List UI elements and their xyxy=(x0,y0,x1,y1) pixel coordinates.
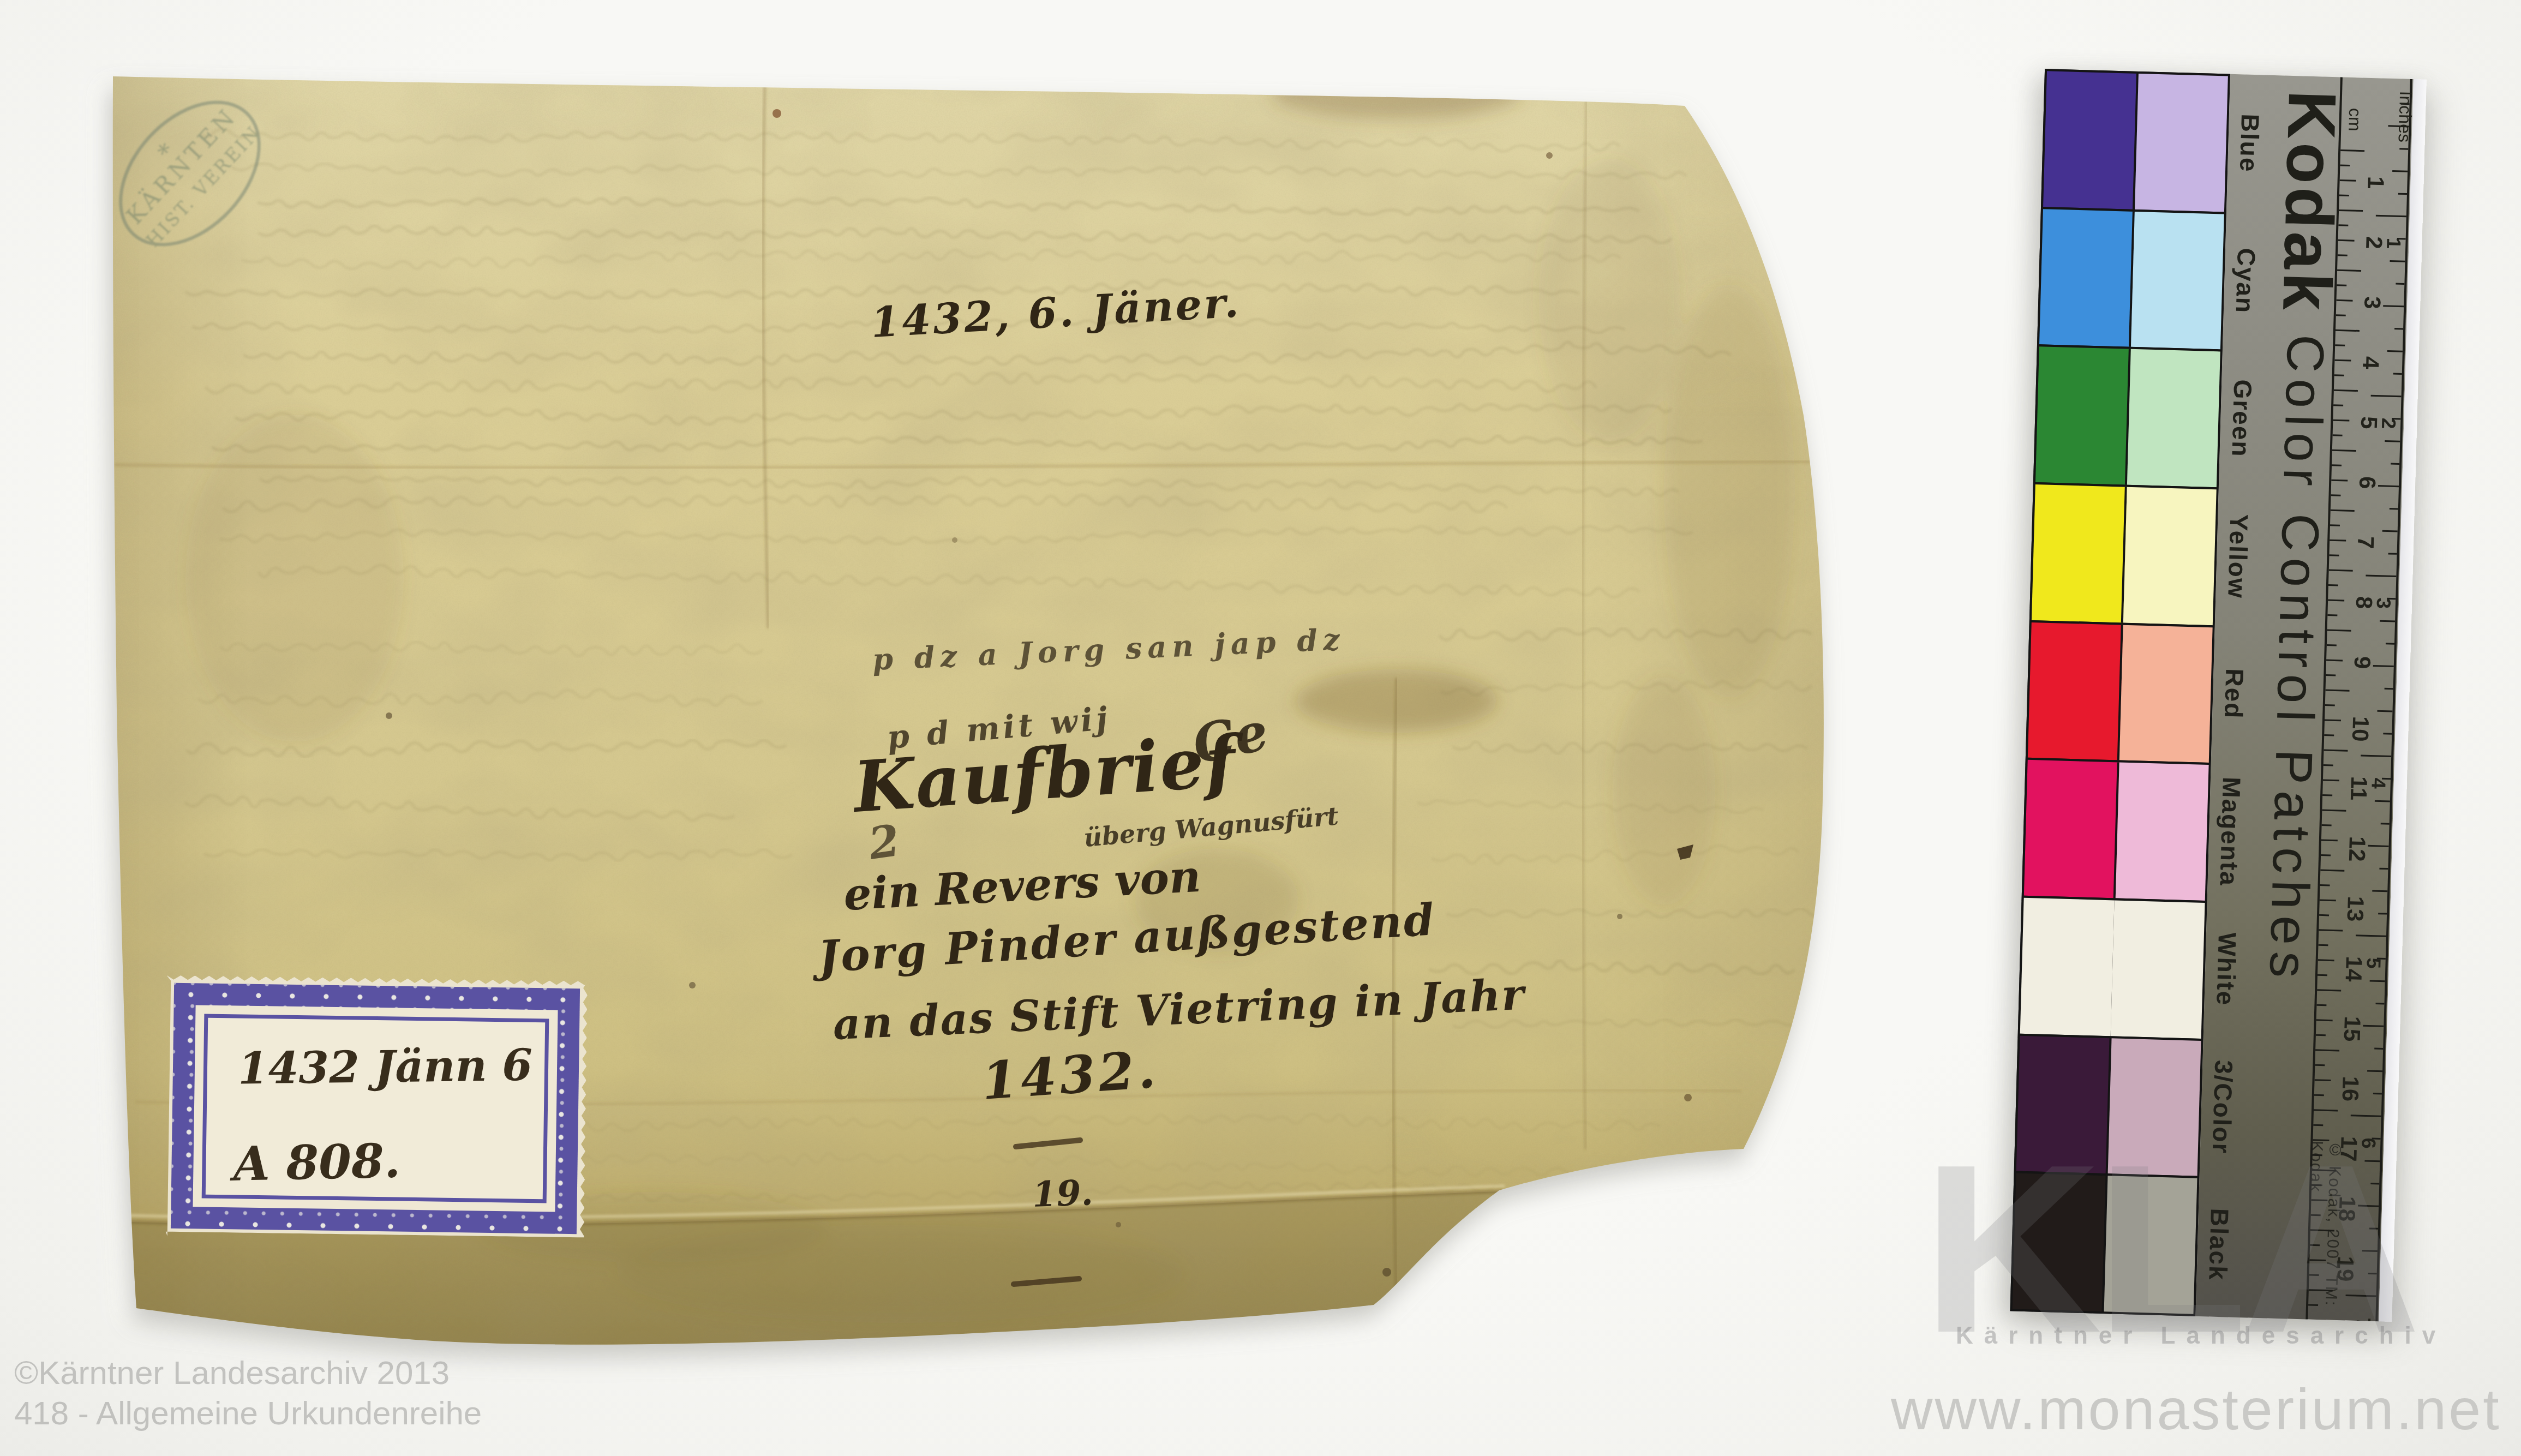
patch-red-dark xyxy=(2028,622,2123,760)
patch-magenta-dark xyxy=(2024,760,2119,898)
patch-blue-dark xyxy=(2043,71,2139,209)
patch-label-cyan: Cyan xyxy=(2226,212,2266,350)
cm-number-4: 4 xyxy=(2358,356,2384,369)
patch-row-magenta xyxy=(2024,758,2209,901)
inch-number-2: 2 xyxy=(2378,418,2400,429)
cm-number-10: 10 xyxy=(2348,716,2374,742)
cm-number-9: 9 xyxy=(2350,656,2376,669)
patch-row-yellow xyxy=(2032,482,2217,625)
patch-magenta-light xyxy=(2116,763,2209,901)
label-date-line: 1432 Jänn 6 xyxy=(238,1039,533,1094)
cm-label: cm xyxy=(2345,108,2365,132)
patch-row-red xyxy=(2028,620,2213,763)
patch-row-blue xyxy=(2043,71,2228,212)
patch-label-red: Red xyxy=(2214,625,2254,763)
patch-row-cyan xyxy=(2039,207,2224,350)
inch-number-5: 5 xyxy=(2362,957,2385,969)
copyright-line: ©Kärntner Landesarchiv 2013 xyxy=(14,1354,450,1392)
label-signature-line: A 808. xyxy=(233,1133,401,1191)
cm-number-13: 13 xyxy=(2343,896,2369,922)
cm-number-16: 16 xyxy=(2338,1076,2364,1102)
cm-number-7: 7 xyxy=(2353,536,2379,549)
patch-row-green xyxy=(2035,344,2220,487)
patch-label-yellow: Yellow xyxy=(2218,487,2258,626)
note-line-4: 1432. xyxy=(980,1040,1160,1112)
patch-cyan-light xyxy=(2131,212,2224,350)
patch-red-light xyxy=(2119,625,2213,763)
patch-green-dark xyxy=(2035,346,2131,484)
patch-green-light xyxy=(2127,349,2220,487)
patch-blue-light xyxy=(2135,74,2228,212)
inch-number-4: 4 xyxy=(2368,777,2391,789)
patch-row-white xyxy=(2020,896,2205,1039)
archive-watermark-text: Kärntner Landesarchiv xyxy=(1956,1322,2446,1350)
cm-number-6: 6 xyxy=(2355,476,2381,489)
monasterium-watermark: www.monasterium.net xyxy=(1891,1377,2501,1443)
patch-cyan-dark xyxy=(2039,209,2135,347)
patch-yellow-dark xyxy=(2032,484,2127,622)
patch-label-magenta: Magenta xyxy=(2211,762,2250,901)
patch-white-dark xyxy=(2020,898,2115,1036)
patch-label-blue: Blue xyxy=(2230,74,2270,213)
inch-number-3: 3 xyxy=(2373,597,2396,609)
series-line: 418 - Allgemeine Urkundenreihe xyxy=(14,1394,482,1432)
inches-label: Inches xyxy=(2395,91,2414,142)
cm-number-1: 1 xyxy=(2363,176,2389,190)
patch-yellow-light xyxy=(2123,487,2217,625)
patch-label-white: White xyxy=(2207,900,2247,1039)
patch-label-green: Green xyxy=(2222,349,2262,488)
scan-photo-stage: ∗ KÄRNTEN HIST. VEREIN 1432, 6. Jäner. p… xyxy=(0,0,2521,1456)
cm-number-12: 12 xyxy=(2344,836,2370,862)
cm-number-15: 15 xyxy=(2339,1016,2366,1042)
label-inner-frame: 1432 Jänn 6 A 808. xyxy=(202,1014,549,1203)
inch-number-1: 1 xyxy=(2382,238,2405,249)
cm-number-3: 3 xyxy=(2360,296,2386,310)
archival-label-card: 1432 Jänn 6 A 808. xyxy=(163,975,588,1242)
page-number-19: 19. xyxy=(1032,1172,1094,1215)
patch-white-light xyxy=(2111,900,2205,1038)
